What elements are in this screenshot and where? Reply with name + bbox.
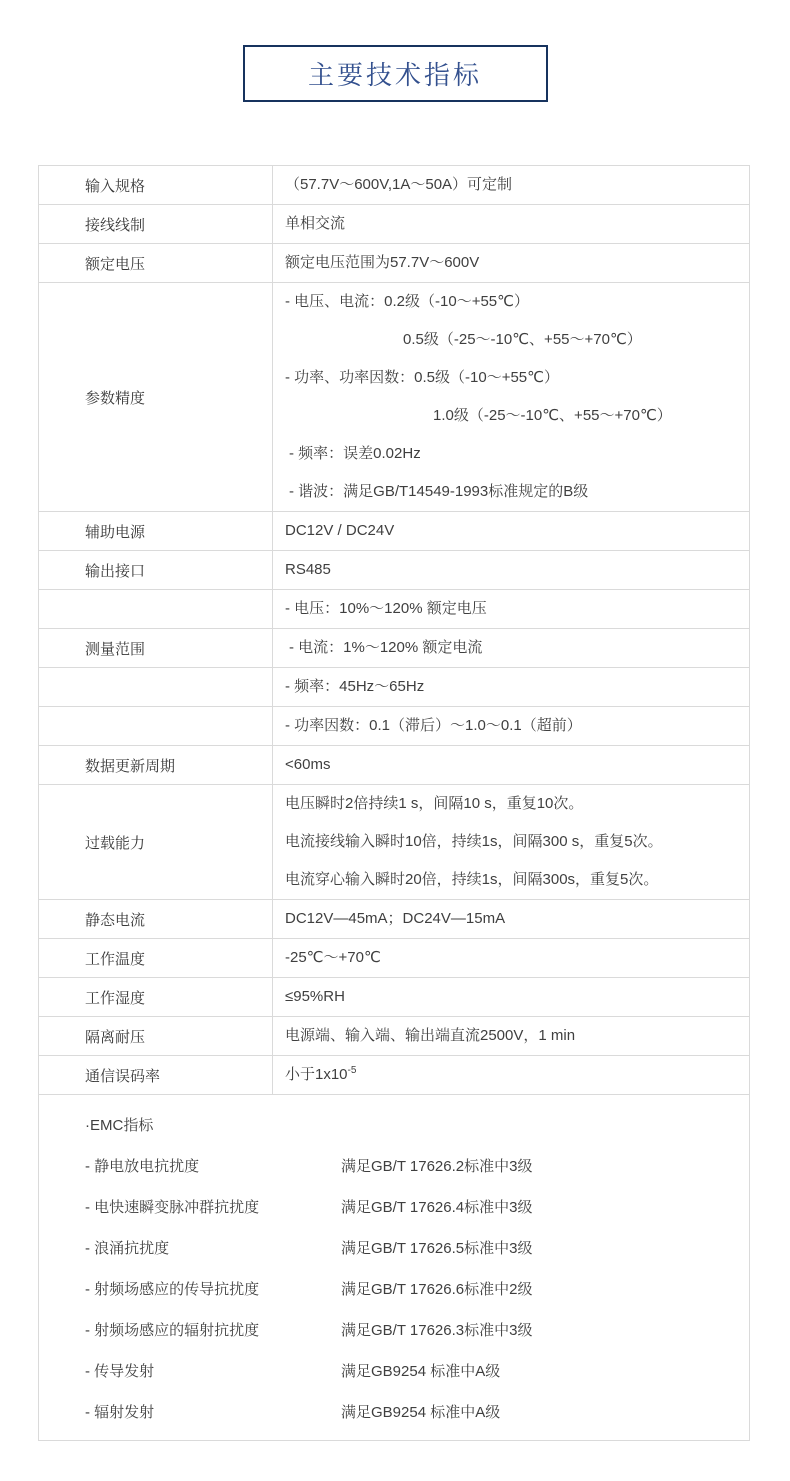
emc-item-value: 满足GB9254 标准中A级 (341, 1351, 532, 1392)
spec-label-text: 工作湿度 (85, 987, 145, 1008)
spec-value-text: 0.5级（-25～-10℃、+55～+70℃） (403, 331, 642, 348)
spec-value-text: -25℃～+70℃ (285, 949, 381, 966)
spec-value-line: 电源端、输入端、输出端直流2500V，1 min (285, 1017, 743, 1055)
table-row: 额定电压额定电压范围为57.7V～600V (39, 244, 749, 283)
spec-value-line: 电压瞬时2倍持续1 s，间隔10 s，重复10次。 (285, 785, 743, 823)
emc-item: - 射频场感应的传导抗扰度满足GB/T 17626.6标准中2级 (85, 1269, 532, 1310)
emc-item-label: - 射频场感应的传导抗扰度 (85, 1269, 341, 1310)
spec-value: RS485 (273, 551, 749, 589)
spec-value: - 电压、电流：0.2级（-10～+55℃）0.5级（-25～-10℃、+55～… (273, 283, 749, 511)
spec-value-text: - 频率：误差0.02Hz (289, 445, 421, 462)
spec-value-line: - 电压：10%～120% 额定电压 (285, 590, 743, 628)
page-title: 主要技术指标 (308, 55, 482, 92)
spec-value: <60ms (273, 746, 749, 784)
spec-value-line: 电流接线输入瞬时10倍，持续1s，间隔300 s，重复5次。 (285, 823, 743, 861)
spec-value: 电压瞬时2倍持续1 s，间隔10 s，重复10次。电流接线输入瞬时10倍，持续1… (273, 785, 749, 899)
spec-value-line: - 频率：误差0.02Hz (285, 435, 743, 473)
table-row: 输出接口RS485 (39, 551, 749, 590)
spec-value-line: <60ms (285, 746, 743, 784)
table-row: 参数精度- 电压、电流：0.2级（-10～+55℃）0.5级（-25～-10℃、… (39, 283, 749, 512)
spec-label-text: 辅助电源 (85, 521, 145, 542)
spec-value-superscript: -5 (348, 1065, 357, 1076)
emc-item: - 电快速瞬变脉冲群抗扰度满足GB/T 17626.4标准中3级 (85, 1187, 532, 1228)
spec-label-text: 输出接口 (85, 560, 145, 581)
spec-label-text: 通信误码率 (85, 1065, 160, 1086)
table-row: - 电压：10%～120% 额定电压 (39, 590, 749, 629)
spec-label: 数据更新周期 (39, 746, 273, 784)
spec-value-text: 电流接线输入瞬时10倍，持续1s，间隔300 s，重复5次。 (285, 833, 663, 850)
spec-value-line: 额定电压范围为57.7V～600V (285, 244, 743, 282)
emc-item-value: 满足GB9254 标准中A级 (341, 1392, 532, 1433)
spec-label-text: 工作温度 (85, 948, 145, 969)
table-row: - 频率：45Hz～65Hz (39, 668, 749, 707)
spec-value-text: ≤95%RH (285, 988, 345, 1005)
spec-value-text: - 电流：1%～120% 额定电流 (289, 639, 482, 656)
spec-label-text: 输入规格 (85, 175, 145, 196)
spec-value-text: 电压瞬时2倍持续1 s，间隔10 s，重复10次。 (285, 795, 583, 812)
table-row: 通信误码率小于1x10-5 (39, 1056, 749, 1095)
spec-value-text: - 功率、功率因数：0.5级（-10～+55℃） (285, 369, 559, 386)
spec-label-text: 参数精度 (85, 387, 145, 408)
spec-label-text: 静态电流 (85, 909, 145, 930)
emc-block: ·EMC指标- 静电放电抗扰度满足GB/T 17626.2标准中3级- 电快速瞬… (39, 1095, 532, 1440)
emc-item-label: - 电快速瞬变脉冲群抗扰度 (85, 1187, 341, 1228)
spec-table: 输入规格（57.7V～600V,1A～50A）可定制接线线制单相交流额定电压额定… (38, 165, 750, 1441)
spec-label-text: 额定电压 (85, 253, 145, 274)
spec-value-line: （57.7V～600V,1A～50A）可定制 (285, 166, 743, 204)
spec-value-text: DC12V—45mA；DC24V—15mA (285, 910, 505, 927)
table-row: 工作温度-25℃～+70℃ (39, 939, 749, 978)
table-row: 数据更新周期<60ms (39, 746, 749, 785)
emc-row: ·EMC指标- 静电放电抗扰度满足GB/T 17626.2标准中3级- 电快速瞬… (39, 1095, 749, 1440)
spec-label: 额定电压 (39, 244, 273, 282)
spec-value-text: 单相交流 (285, 215, 345, 232)
spec-value-line: 小于1x10-5 (285, 1056, 743, 1094)
spec-value-text: 1.0级（-25～-10℃、+55～+70℃） (433, 407, 672, 424)
page-title-box: 主要技术指标 (243, 45, 548, 102)
emc-item-value: 满足GB/T 17626.2标准中3级 (341, 1146, 532, 1187)
spec-value: - 功率因数：0.1（滞后）～1.0～0.1（超前） (273, 707, 749, 745)
table-row: - 功率因数：0.1（滞后）～1.0～0.1（超前） (39, 707, 749, 746)
spec-value: 电源端、输入端、输出端直流2500V，1 min (273, 1017, 749, 1055)
table-row: 工作湿度≤95%RH (39, 978, 749, 1017)
spec-value: （57.7V～600V,1A～50A）可定制 (273, 166, 749, 204)
spec-value-text: RS485 (285, 561, 331, 578)
emc-item-label: - 传导发射 (85, 1351, 341, 1392)
table-row: 输入规格（57.7V～600V,1A～50A）可定制 (39, 166, 749, 205)
spec-value-line: DC12V—45mA；DC24V—15mA (285, 900, 743, 938)
spec-value-line: RS485 (285, 551, 743, 589)
spec-value-line: - 频率：45Hz～65Hz (285, 668, 743, 706)
spec-value-text: - 电压、电流：0.2级（-10～+55℃） (285, 293, 529, 310)
spec-value: ≤95%RH (273, 978, 749, 1016)
spec-value: 小于1x10-5 (273, 1056, 749, 1094)
spec-label: 输出接口 (39, 551, 273, 589)
spec-value-text: - 谐波：满足GB/T14549-1993标准规定的B级 (289, 483, 588, 500)
spec-value-line: 0.5级（-25～-10℃、+55～+70℃） (285, 321, 743, 359)
table-row: 接线线制单相交流 (39, 205, 749, 244)
spec-value-line: - 电压、电流：0.2级（-10～+55℃） (285, 283, 743, 321)
spec-value-line: 电流穿心输入瞬时20倍，持续1s，间隔300s，重复5次。 (285, 861, 743, 899)
spec-value-text: - 频率：45Hz～65Hz (285, 678, 424, 695)
spec-label-text: 数据更新周期 (85, 755, 175, 776)
spec-label-text: 接线线制 (85, 214, 145, 235)
table-row: 过载能力电压瞬时2倍持续1 s，间隔10 s，重复10次。电流接线输入瞬时10倍… (39, 785, 749, 900)
spec-value-line: - 电流：1%～120% 额定电流 (285, 629, 743, 667)
spec-value: - 电压：10%～120% 额定电压 (273, 590, 749, 628)
emc-header: ·EMC指标 (85, 1105, 532, 1146)
spec-value-line: 单相交流 (285, 205, 743, 243)
spec-label: 静态电流 (39, 900, 273, 938)
spec-value-text: 电源端、输入端、输出端直流2500V，1 min (285, 1027, 575, 1044)
spec-label-text: 隔离耐压 (85, 1026, 145, 1047)
spec-value-line: - 功率、功率因数：0.5级（-10～+55℃） (285, 359, 743, 397)
spec-label: 工作温度 (39, 939, 273, 977)
spec-value-text: - 功率因数：0.1（滞后）～1.0～0.1（超前） (285, 717, 582, 734)
spec-value-text: DC12V / DC24V (285, 522, 394, 539)
spec-value-line: -25℃～+70℃ (285, 939, 743, 977)
emc-item-value: 满足GB/T 17626.5标准中3级 (341, 1228, 532, 1269)
emc-item: - 静电放电抗扰度满足GB/T 17626.2标准中3级 (85, 1146, 532, 1187)
spec-value: DC12V—45mA；DC24V—15mA (273, 900, 749, 938)
spec-label (39, 668, 273, 706)
spec-value: -25℃～+70℃ (273, 939, 749, 977)
spec-value: 单相交流 (273, 205, 749, 243)
spec-value-line: - 谐波：满足GB/T14549-1993标准规定的B级 (285, 473, 743, 511)
spec-label: 接线线制 (39, 205, 273, 243)
spec-label (39, 707, 273, 745)
spec-label: 参数精度 (39, 283, 273, 511)
emc-item-value: 满足GB/T 17626.3标准中3级 (341, 1310, 532, 1351)
spec-value: 额定电压范围为57.7V～600V (273, 244, 749, 282)
spec-value-text: 小于1x10 (285, 1066, 348, 1083)
spec-value: - 电流：1%～120% 额定电流 (273, 629, 749, 667)
emc-item-value: 满足GB/T 17626.6标准中2级 (341, 1269, 532, 1310)
emc-item: - 浪涌抗扰度满足GB/T 17626.5标准中3级 (85, 1228, 532, 1269)
emc-item-label: - 静电放电抗扰度 (85, 1146, 341, 1187)
emc-item-label: - 浪涌抗扰度 (85, 1228, 341, 1269)
emc-item: - 传导发射满足GB9254 标准中A级 (85, 1351, 532, 1392)
spec-label: 隔离耐压 (39, 1017, 273, 1055)
spec-value-line: - 功率因数：0.1（滞后）～1.0～0.1（超前） (285, 707, 743, 745)
spec-value-text: 额定电压范围为57.7V～600V (285, 254, 479, 271)
spec-label: 输入规格 (39, 166, 273, 204)
spec-value: - 频率：45Hz～65Hz (273, 668, 749, 706)
table-row: 测量范围- 电流：1%～120% 额定电流 (39, 629, 749, 668)
spec-label-text: 过载能力 (85, 832, 145, 853)
spec-label-text: 测量范围 (85, 638, 145, 659)
table-row: 隔离耐压电源端、输入端、输出端直流2500V，1 min (39, 1017, 749, 1056)
spec-value-text: 电流穿心输入瞬时20倍，持续1s，间隔300s，重复5次。 (285, 871, 658, 888)
emc-item-value: 满足GB/T 17626.4标准中3级 (341, 1187, 532, 1228)
spec-value-text: （57.7V～600V,1A～50A）可定制 (285, 176, 512, 193)
spec-value-line: 1.0级（-25～-10℃、+55～+70℃） (285, 397, 743, 435)
spec-value-text: <60ms (285, 756, 330, 773)
table-row: 辅助电源DC12V / DC24V (39, 512, 749, 551)
spec-value: DC12V / DC24V (273, 512, 749, 550)
spec-label: 通信误码率 (39, 1056, 273, 1094)
emc-item-label: - 辐射发射 (85, 1392, 341, 1433)
spec-label: 工作湿度 (39, 978, 273, 1016)
spec-label: 测量范围 (39, 629, 273, 667)
spec-label: 辅助电源 (39, 512, 273, 550)
emc-item: - 辐射发射满足GB9254 标准中A级 (85, 1392, 532, 1433)
spec-value-line: ≤95%RH (285, 978, 743, 1016)
spec-value-text: - 电压：10%～120% 额定电压 (285, 600, 487, 617)
spec-label (39, 590, 273, 628)
spec-label: 过载能力 (39, 785, 273, 899)
spec-value-line: DC12V / DC24V (285, 512, 743, 550)
emc-item-label: - 射频场感应的辐射抗扰度 (85, 1310, 341, 1351)
emc-item: - 射频场感应的辐射抗扰度满足GB/T 17626.3标准中3级 (85, 1310, 532, 1351)
table-row: 静态电流DC12V—45mA；DC24V—15mA (39, 900, 749, 939)
